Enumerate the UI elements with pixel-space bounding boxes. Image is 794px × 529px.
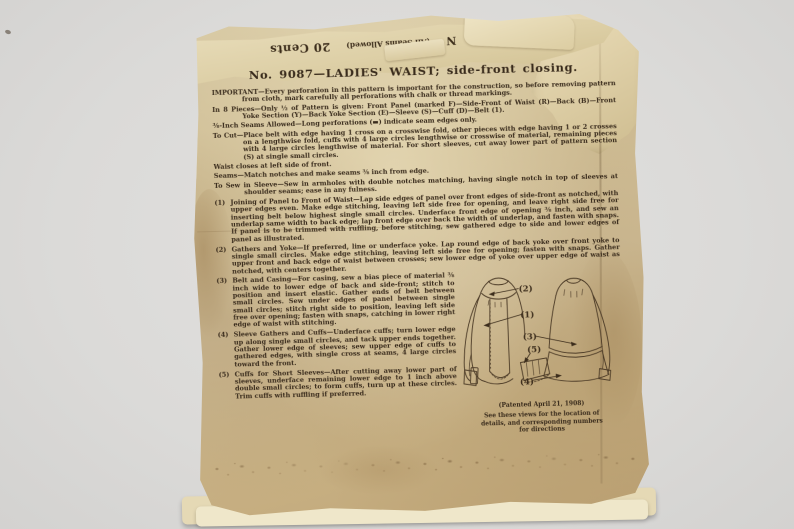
callout-label: (4) — [520, 377, 534, 388]
direction-text: Belt and Casing—For casing, sew a bias p… — [232, 273, 455, 330]
paragraph-lead: To Cut — [213, 131, 237, 140]
paragraph-lead: ⅜-Inch Seams Allowed — [213, 120, 296, 130]
direction-item: (3) Belt and Casing—For casing, sew a bi… — [216, 273, 455, 330]
flap-partial-letter: N — [446, 34, 457, 47]
direction-item: (5) Cuffs for Short Sleeves—After cuttin… — [219, 366, 458, 401]
callout-label: (2) — [519, 284, 533, 295]
paragraph-lead: Seams — [214, 172, 238, 181]
patent-line: (Patented April 21, 1908) — [461, 400, 621, 411]
direction-number: (5) — [219, 371, 236, 401]
garment-illustration: (2) (1) (3) (5) (4) (Patented April 21, … — [458, 271, 622, 435]
pattern-envelope: N (All Seams Allowed) 20 Cents No. 9087—… — [188, 9, 650, 518]
numbered-directions: (1) Joining of Panel to Front of Waist—L… — [214, 190, 620, 276]
direction-number: (2) — [216, 246, 233, 276]
callout-label: (1) — [520, 310, 534, 321]
direction-text: Cuffs for Short Sleeves—After cutting aw… — [235, 366, 458, 401]
direction-text: Joining of Panel to Front of Waist—Lap s… — [230, 190, 619, 244]
torn-paper-piece — [464, 11, 575, 50]
direction-number: (3) — [216, 278, 233, 330]
photo-background: N (All Seams Allowed) 20 Cents No. 9087—… — [0, 0, 794, 529]
printed-instructions: No. 9087—LADIES' WAIST; side-front closi… — [211, 59, 625, 468]
back-view-blouse — [541, 278, 610, 383]
torn-paper-piece — [186, 115, 198, 181]
illustration-caption: See these views for the location of deta… — [478, 410, 606, 435]
direction-number: (1) — [214, 200, 231, 244]
callout-labels: (2) (1) (3) (5) (4) — [518, 283, 543, 388]
direction-item: (1) Joining of Panel to Front of Waist—L… — [214, 190, 619, 244]
callout-label: (3) — [523, 332, 537, 343]
direction-item: (4) Sleeve Gathers and Cuffs—Underface c… — [218, 326, 457, 369]
background-speck — [4, 29, 11, 35]
price-label: 20 Cents — [269, 40, 330, 57]
callout-label: (5) — [527, 344, 541, 355]
direction-text: Sleeve Gathers and Cuffs—Underface cuffs… — [234, 326, 457, 368]
waist-line-drawing: (2) (1) (3) (5) (4) — [458, 271, 621, 399]
direction-number: (4) — [218, 332, 235, 369]
lower-section: (3) Belt and Casing—For casing, sew a bi… — [216, 268, 625, 468]
